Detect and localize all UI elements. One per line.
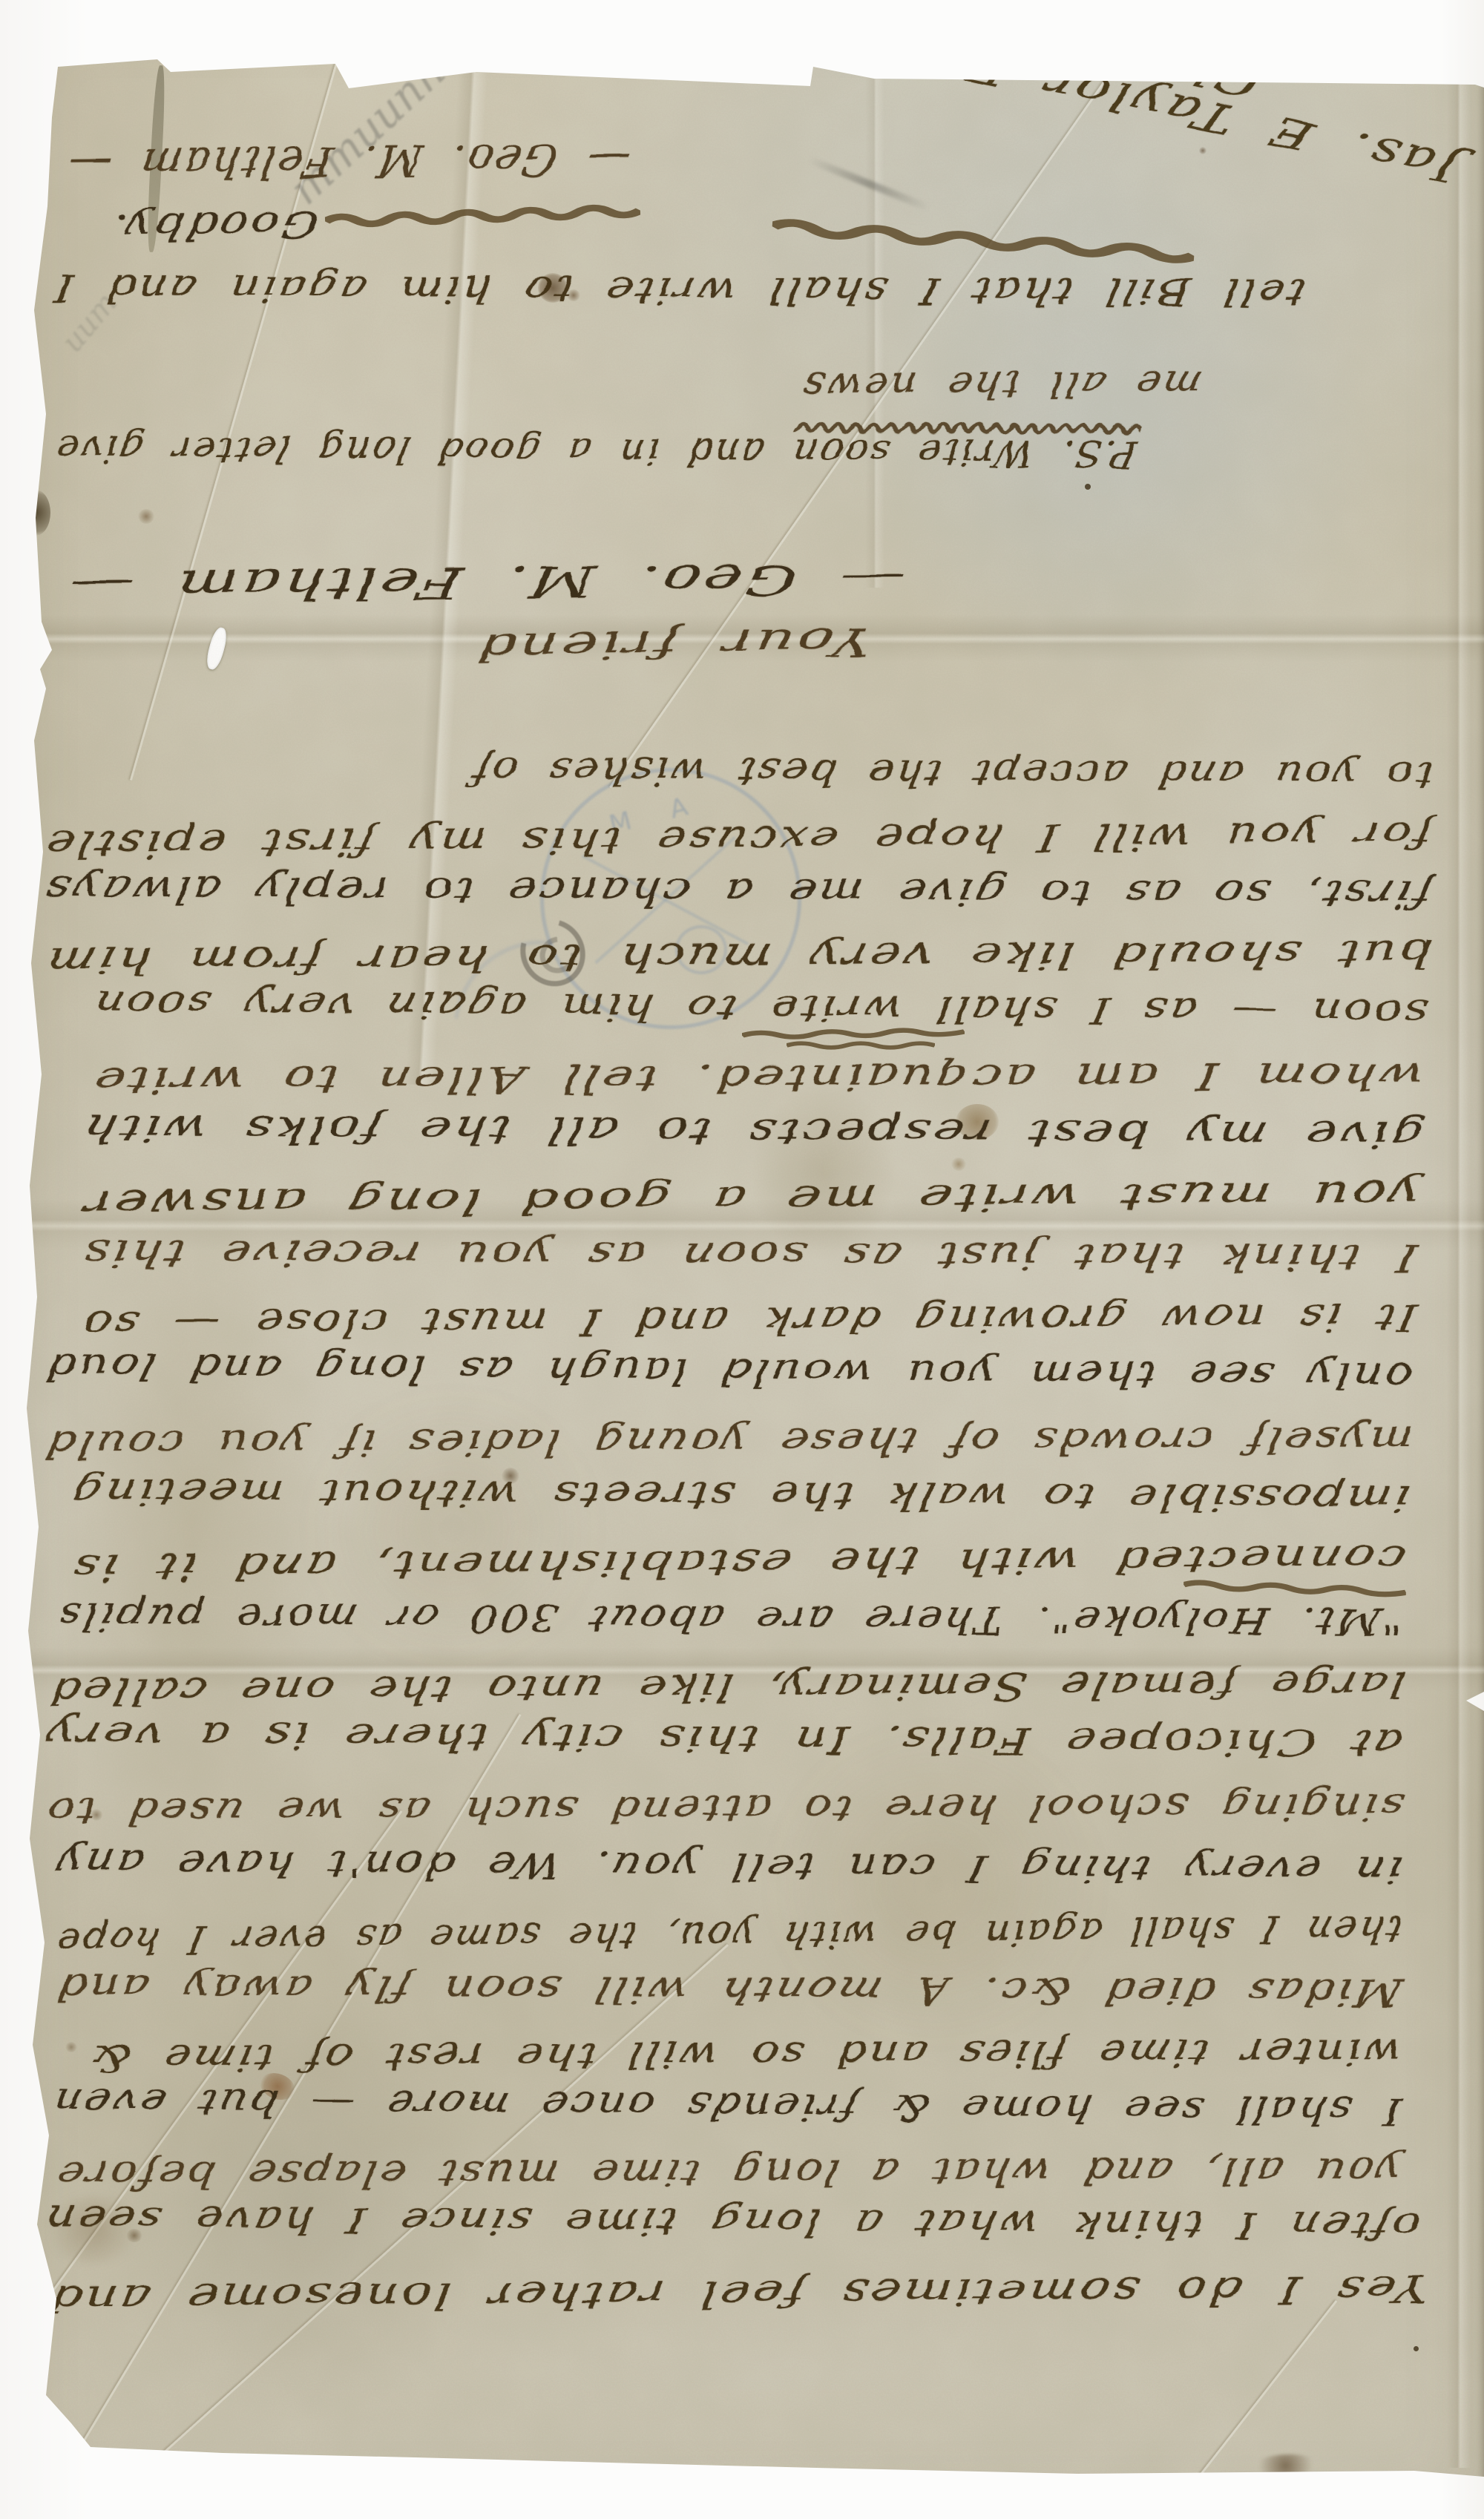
handwritten-text-block: Yes I do sometimes feel rather lonesome … (0, 0, 1484, 2519)
letter-line: soon — as I shall write to him again ver… (88, 979, 1432, 1037)
letter-line: for you will I hope excuse this my first… (39, 810, 1435, 869)
letter-line: winter time flies and so will the rest o… (85, 2027, 1405, 2083)
letter-line: to you and accept the best wishes of (467, 746, 1437, 800)
scanner-background: { "letter": { "lines": [ "Yes I do somet… (0, 0, 1484, 2519)
letter-line: in every thing I can tell you. We don't … (50, 1839, 1405, 1894)
postscript-line: tell Bill that I shall write to him agai… (49, 263, 1309, 317)
letter-line: at Chicopee Falls. In this city there is… (41, 1710, 1407, 1768)
docket-addressee: Jas. E Taylor Esq } (798, 4, 1469, 191)
letter-line: connected with the establishment, and it… (67, 1534, 1410, 1592)
letter-line: singing school here to attend such as we… (42, 1782, 1407, 1836)
closing-line: Your friend (471, 617, 875, 673)
letter-line: often I think what a long time since I h… (39, 2194, 1424, 2250)
letter-line: Yes I do sometimes feel rather lonesome … (44, 2265, 1431, 2323)
letter-line: I think that just as soon as you receive… (77, 1229, 1420, 1282)
postscript-underlined: P.S. Write soon (787, 431, 1140, 476)
letter-line: "Mt. Holyoke". There are about 300 or mo… (53, 1592, 1407, 1646)
docket-brace: } (794, 0, 876, 73)
letter-line: then I shall again be with you, the same… (51, 1905, 1405, 1965)
letter-line: large female Seminary, like unto the one… (44, 1660, 1409, 1716)
letter-paper: M A mmuunn uum Yes I do sometimes feel r… (0, 0, 1484, 2519)
letter-line: impossible to walk the streets without m… (66, 1468, 1413, 1523)
farewell-line: Goodby. (108, 200, 322, 253)
letter-line: but should like very much to hear from h… (41, 929, 1435, 985)
letter-line: myself crowds of these young ladies if y… (40, 1415, 1416, 1468)
letter-line: you all, and what a long time must elaps… (51, 2146, 1405, 2199)
letter-line: whom I am acquainted. tell Allen to writ… (88, 1051, 1428, 1105)
letter-line: It is now growing dark and I must close … (77, 1293, 1420, 1348)
postscript-line: me all the news (797, 359, 1205, 411)
letter-line: you must write me a good long answer (77, 1170, 1424, 1229)
letter-line: give my best respects to all the folks w… (77, 1104, 1428, 1160)
postscript-rest: and in a good long letter give (50, 427, 795, 473)
letter-line: only see them you would laugh as long an… (40, 1342, 1416, 1401)
docket-name: Jas. E Taylor Esq (888, 26, 1468, 191)
signature: — Geo. M. Feltham — (62, 134, 633, 189)
letter-line: I shall see home & friends once more — b… (47, 2077, 1406, 2135)
signature: — Geo. M. Feltham — (62, 554, 907, 611)
letter-line: first, so as to give me a chance to repl… (39, 864, 1435, 918)
postscript-line: P.S. Write soon and in a good long lette… (50, 424, 1140, 479)
letter-line: Midas died &c. A month will soon fly awa… (50, 1963, 1405, 2017)
